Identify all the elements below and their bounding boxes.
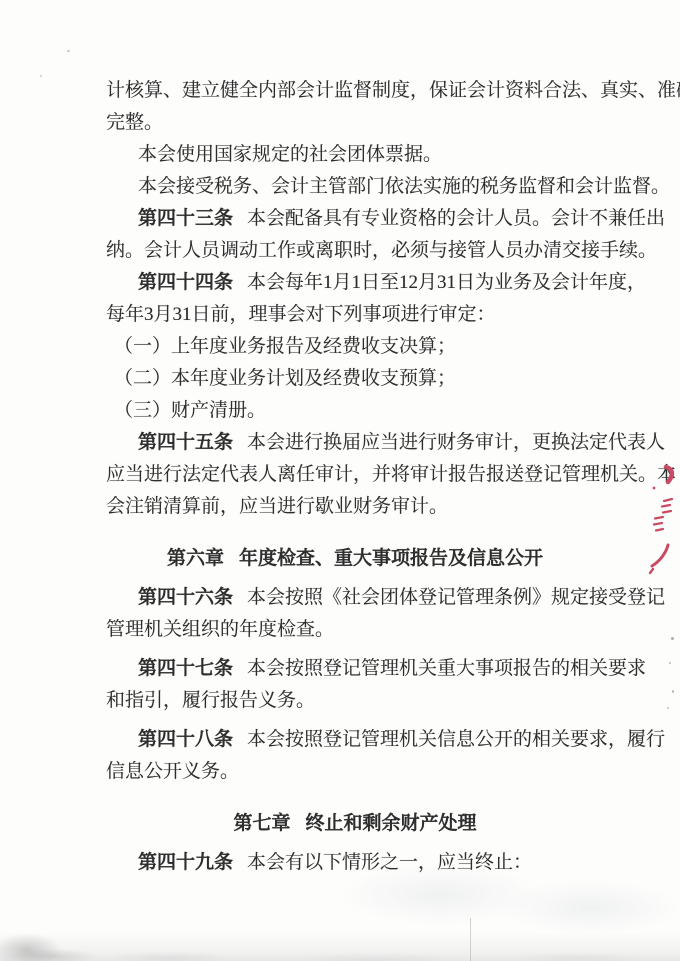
red-ink-marks bbox=[640, 455, 680, 585]
text-line: 第四十四条本会每年1月1日至12月31日为业务及会计年度， bbox=[106, 267, 604, 299]
scan-crease-line bbox=[470, 918, 471, 961]
chapter-heading: 第七章终止和剩余财产处理 bbox=[106, 808, 604, 840]
scan-speck bbox=[667, 707, 669, 709]
article-number: 第四十六条 bbox=[138, 587, 233, 608]
chapter-title: 年度检查、重大事项报告及信息公开 bbox=[239, 548, 543, 569]
article-text: 本会配备具有专业资格的会计人员。会计不兼任出 bbox=[247, 208, 665, 229]
text-line: 信息公开义务。 bbox=[106, 756, 604, 788]
text-line: 计核算、建立健全内部会计监督制度，保证会计资料合法、真实、准确、 bbox=[106, 75, 604, 107]
article-number: 第四十三条 bbox=[138, 208, 233, 229]
text-line: 纳。会计人员调动工作或离职时，必须与接管人员办清交接手续。 bbox=[106, 235, 604, 267]
text-line: 第四十五条本会进行换届应当进行财务审计，更换法定代表人 bbox=[106, 427, 604, 459]
scan-speck bbox=[671, 637, 674, 640]
text-line: （三）财产清册。 bbox=[106, 395, 604, 427]
text-line: 第四十九条本会有以下情形之一，应当终止： bbox=[106, 847, 604, 879]
article-text: 本会每年1月1日至12月31日为业务及会计年度， bbox=[247, 272, 646, 293]
article-number: 第四十九条 bbox=[138, 852, 233, 873]
article-number: 第四十四条 bbox=[138, 272, 233, 293]
chapter-heading: 第六章年度检查、重大事项报告及信息公开 bbox=[106, 543, 604, 575]
text-line: （二）本年度业务计划及经费收支预算； bbox=[106, 363, 604, 395]
text-line: 第四十七条本会按照登记管理机关重大事项报告的相关要求 bbox=[106, 653, 604, 685]
scan-speck bbox=[40, 75, 42, 77]
text-line: 每年3月31日前，理事会对下列事项进行审定： bbox=[106, 299, 604, 331]
article-text: 本会按照登记管理机关信息公开的相关要求，履行 bbox=[247, 729, 665, 750]
article-number: 第四十五条 bbox=[138, 432, 233, 453]
ink-bleedthrough bbox=[500, 880, 680, 935]
scan-speck bbox=[67, 50, 70, 52]
text-line: 应当进行法定代表人离任审计，并将审计报告报送登记管理机关。本 bbox=[106, 459, 604, 491]
scan-edge-shadow bbox=[0, 931, 680, 961]
article-number: 第四十七条 bbox=[138, 658, 233, 679]
text-line: 本会使用国家规定的社会团体票据。 bbox=[106, 139, 604, 171]
article-text: 本会按照《社会团体登记管理条例》规定接受登记 bbox=[247, 587, 665, 608]
text-line: 第四十六条本会按照《社会团体登记管理条例》规定接受登记 bbox=[106, 582, 604, 614]
text-line: 第四十八条本会按照登记管理机关信息公开的相关要求，履行 bbox=[106, 724, 604, 756]
chapter-number: 第六章 bbox=[167, 548, 224, 569]
text-line: 完整。 bbox=[106, 107, 604, 139]
text-line: 本会接受税务、会计主管部门依法实施的税务监督和会计监督。 bbox=[106, 171, 604, 203]
text-line: （一）上年度业务报告及经费收支决算； bbox=[106, 331, 604, 363]
article-number: 第四十八条 bbox=[138, 729, 233, 750]
scan-speck bbox=[672, 690, 674, 693]
document-body: 计核算、建立健全内部会计监督制度，保证会计资料合法、真实、准确、完整。本会使用国… bbox=[106, 75, 604, 879]
chapter-title: 终止和剩余财产处理 bbox=[306, 813, 477, 834]
article-text: 本会进行换届应当进行财务审计，更换法定代表人 bbox=[247, 432, 665, 453]
scanned-document-page: 计核算、建立健全内部会计监督制度，保证会计资料合法、真实、准确、完整。本会使用国… bbox=[0, 0, 680, 961]
article-text: 本会按照登记管理机关重大事项报告的相关要求 bbox=[247, 658, 646, 679]
text-line: 和指引，履行报告义务。 bbox=[106, 685, 604, 717]
text-line: 会注销清算前，应当进行歇业财务审计。 bbox=[106, 491, 604, 523]
text-line: 管理机关组织的年度检查。 bbox=[106, 614, 604, 646]
chapter-number: 第七章 bbox=[233, 813, 290, 834]
scan-speck bbox=[669, 662, 671, 664]
text-line: 第四十三条本会配备具有专业资格的会计人员。会计不兼任出 bbox=[106, 203, 604, 235]
